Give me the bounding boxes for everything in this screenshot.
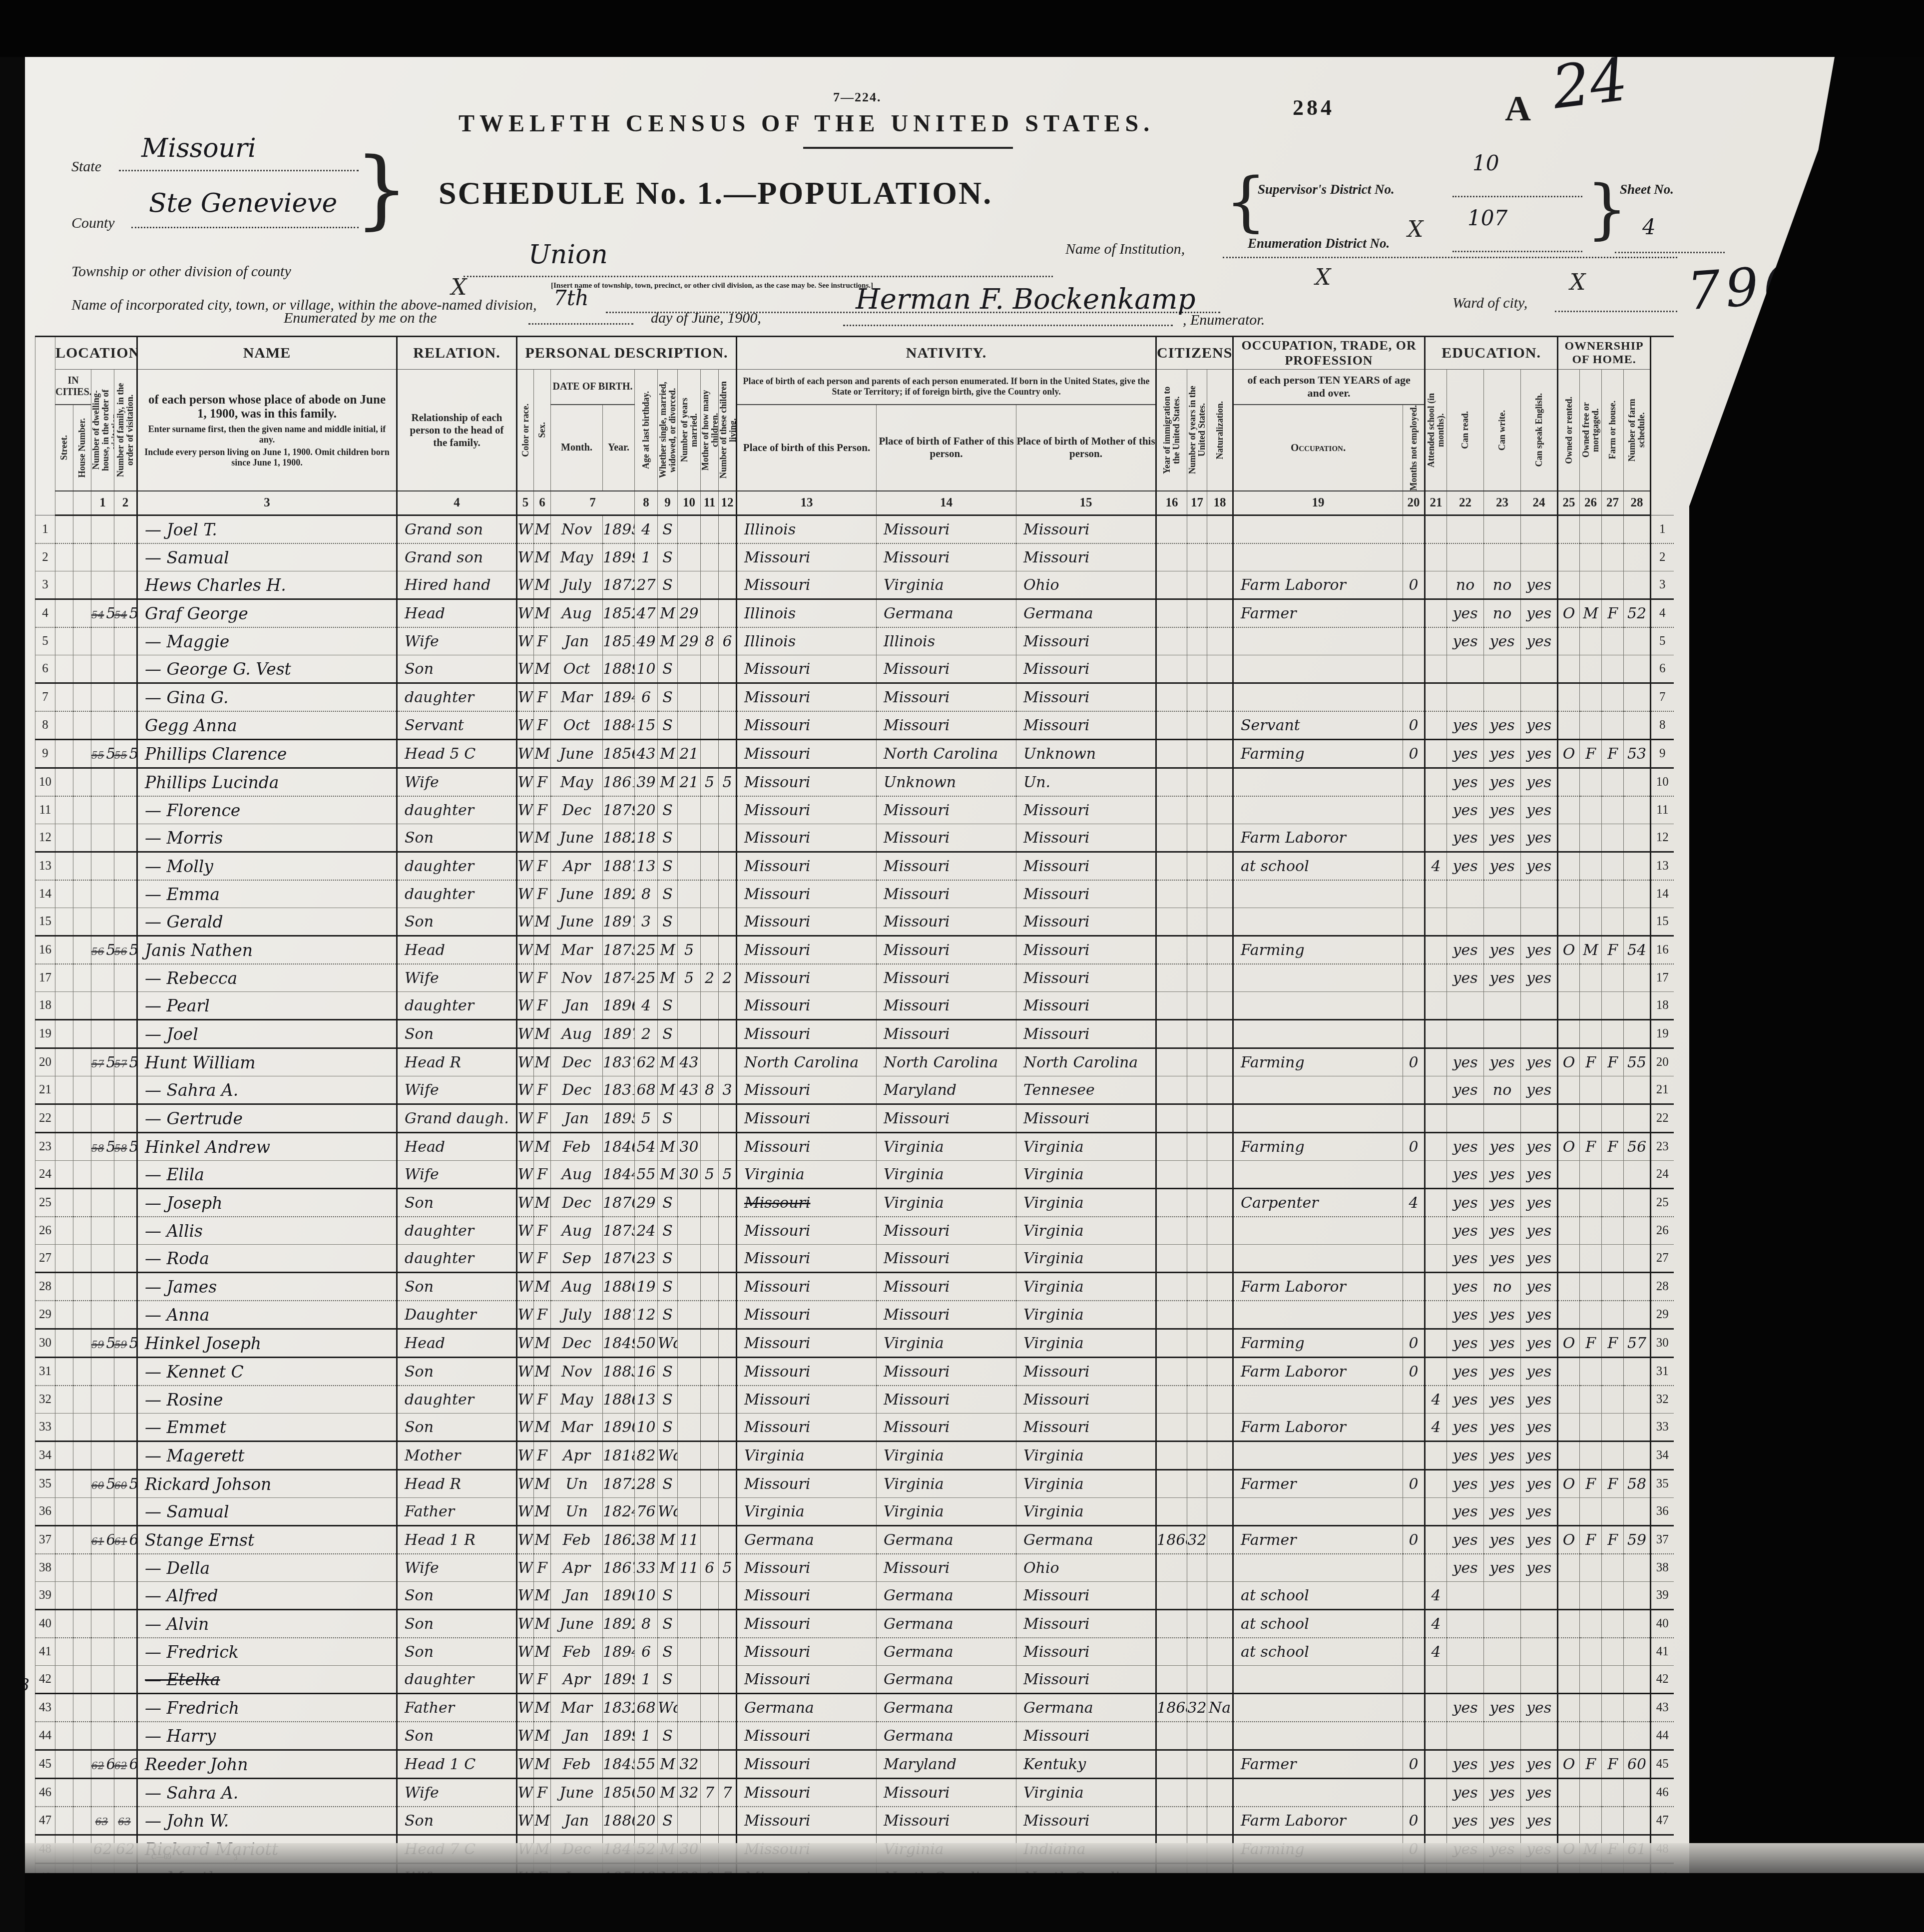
cell-naturalization [1207,1722,1233,1750]
cell-farm-schedule-number [1624,515,1651,544]
cell-birth-year: 1897 [603,908,635,936]
cell-months-not-employed: 0 [1403,711,1425,740]
cell-farm-schedule-number [1624,627,1651,655]
sub-naturalization: Naturalization. [1207,370,1233,491]
line-number-right: 36 [1651,1498,1674,1526]
cell-owned-rented [1558,1610,1580,1638]
cell-can-read [1447,1610,1484,1638]
cell-relation: Mother [397,1442,517,1470]
cell-can-speak-english: yes [1521,936,1558,965]
cell-farm-house [1602,1694,1624,1722]
cell-children-living [719,655,737,683]
cell-occupation: Farming [1233,936,1403,965]
cell-marital-status: S [658,1273,678,1301]
cell-birth-month: Aug [551,1161,603,1189]
cell-street [55,992,73,1020]
group-name: NAME [137,337,397,370]
cell-free-mortgaged [1580,1020,1602,1048]
cell-relation: Head 5 C [397,740,517,768]
cell-birth-year: 1872 [603,571,635,599]
cell-birth-year: 1895 [603,1104,635,1133]
cell-birthplace-mother: Missouri [1016,852,1156,881]
cell-name: — Rosine [137,1386,397,1414]
colnum-1: 1 [91,491,114,515]
cell-marital-status: M [658,1779,678,1807]
cell-birth-year: 1870 [603,1189,635,1217]
cell-birthplace-person: Germana [737,1694,877,1722]
cell-dwelling-number: 5958 [91,1329,114,1358]
cell-occupation: Farmer [1233,599,1403,628]
cell-marital-status: S [658,1807,678,1835]
cell-farm-schedule-number [1624,1386,1651,1414]
cell-can-write: no [1484,571,1521,599]
cell-name: — Della [137,1554,397,1582]
cell-farm-house [1602,1189,1624,1217]
cell-free-mortgaged [1580,1638,1602,1666]
colnum-16: 16 [1156,491,1187,515]
cell-relation: Head [397,599,517,628]
cell-street [55,711,73,740]
cell-birth-year: 1875 [603,1217,635,1245]
cell-farm-schedule-number [1624,1358,1651,1386]
cell-months-not-employed [1403,599,1425,628]
enumerator-name: Herman F. Bockenkamp [856,283,1195,316]
cell-street [55,1582,73,1610]
cell-attended-school [1425,1358,1447,1386]
cell-color-race: W [517,1470,534,1498]
cell-naturalization [1207,599,1233,628]
cell-can-speak-english: yes [1521,1779,1558,1807]
cell-mother-of-children [701,655,719,683]
cell-name: Hews Charles H. [137,571,397,599]
cell-attended-school [1425,1133,1447,1161]
street-label: Street. [59,435,69,460]
immigration-year-label: Year of immigration to the United States… [1162,380,1181,480]
cell-marital-status: Wd [658,1329,678,1358]
cell-immigration-year: 1868 [1156,1526,1187,1554]
cell-color-race: W [517,1750,534,1779]
cell-sex: M [534,1273,551,1301]
cell-age: 1 [635,1666,658,1694]
cell-can-read: yes [1447,1414,1484,1442]
cell-years-married [678,1301,701,1329]
sub-years-in-us: Number of years in the United States. [1187,370,1207,491]
cell-color-race: W [517,1638,534,1666]
cell-dwelling-number: 6160 [91,1526,114,1554]
state-county-brace: } [355,140,409,239]
sheet-no-value: 4 [1642,215,1656,239]
cell-family-number [114,1610,137,1638]
cell-mother-of-children [701,880,719,908]
cell-relation: Head R [397,1048,517,1076]
cell-birthplace-father: Missouri [877,1386,1016,1414]
cell-birth-year: 1876 [603,1245,635,1273]
cell-farm-schedule-number [1624,1414,1651,1442]
cell-can-speak-english: yes [1521,1554,1558,1582]
cell-years-married [678,1638,701,1666]
cell-months-not-employed [1403,936,1425,965]
cell-naturalization [1207,1245,1233,1273]
cell-farm-schedule-number [1624,1442,1651,1470]
cell-years-in-us [1187,992,1207,1020]
colnum-street-blank [55,491,73,515]
cell-owned-rented [1558,683,1580,712]
cell-dwelling-number [91,627,114,655]
form-number: 7—224. [833,90,882,105]
cell-can-read: yes [1447,1442,1484,1470]
census-row: 21 — Sahra A. Wife W F Dec 1831 68 M 43 … [35,1076,1674,1104]
cell-can-speak-english: yes [1521,740,1558,768]
cell-can-read: yes [1447,1048,1484,1076]
cell-years-in-us [1187,908,1207,936]
sheet-letter: A [1505,88,1531,129]
cell-age: 3 [635,908,658,936]
line-number-right: 33 [1651,1414,1674,1442]
cell-naturalization [1207,515,1233,544]
cell-dwelling-number: 6059 [91,1470,114,1498]
cell-years-in-us [1187,1722,1207,1750]
cell-color-race: W [517,852,534,881]
cell-age: 5 [635,1104,658,1133]
cell-dwelling-number: 5453 [91,599,114,628]
house-number-label: House Number. [77,418,87,478]
cell-street [55,1610,73,1638]
cell-months-not-employed [1403,880,1425,908]
line-number-right: 1 [1651,515,1674,544]
cell-children-living [719,1329,737,1358]
cell-house-number [73,1470,91,1498]
colnum-23: 23 [1484,491,1521,515]
cell-birth-month: Nov [551,964,603,992]
cell-street [55,1470,73,1498]
line-number-right: 39 [1651,1582,1674,1610]
group-education: EDUCATION. [1425,337,1558,370]
cell-house-number [73,627,91,655]
cell-can-speak-english: yes [1521,824,1558,852]
cell-years-in-us [1187,543,1207,571]
cell-sex: F [534,1161,551,1189]
cell-farm-house [1602,1582,1624,1610]
cell-relation: Head [397,936,517,965]
cell-birthplace-person: Missouri [737,1470,877,1498]
cell-sex: M [534,1610,551,1638]
cell-birth-month: Jan [551,1807,603,1835]
cell-relation: Wife [397,1161,517,1189]
cell-birth-year: 1883 [603,1358,635,1386]
cell-years-in-us [1187,1470,1207,1498]
cell-street [55,1414,73,1442]
cell-can-speak-english [1521,880,1558,908]
cell-relation: Hired hand [397,571,517,599]
cell-house-number [73,1807,91,1835]
cell-sex: M [534,1694,551,1722]
line-number-left: 8 [35,711,55,740]
line-number-right: 7 [1651,683,1674,712]
cell-attended-school: 4 [1425,1414,1447,1442]
cell-free-mortgaged [1580,824,1602,852]
cell-family-number [114,1638,137,1666]
cell-age: 10 [635,1414,658,1442]
cell-naturalization [1207,880,1233,908]
cell-farm-schedule-number [1624,1104,1651,1133]
cell-birth-year: 1880 [603,1807,635,1835]
cell-children-living [719,1358,737,1386]
cell-birth-year: 1844 [603,1161,635,1189]
cell-house-number [73,1329,91,1358]
sub-owned-rented: Owned or rented. [1558,370,1580,491]
cell-mother-of-children: 8 [701,1076,719,1104]
cell-birthplace-mother: Virginia [1016,1779,1156,1807]
census-row: 45 6261 6261 Reeder John Head 1 C W M Fe… [35,1750,1674,1779]
line-number-right: 41 [1651,1638,1674,1666]
cell-dwelling-number [91,1414,114,1442]
cell-months-not-employed: 0 [1403,1470,1425,1498]
census-row: 24 — Elila Wife W F Aug 1844 55 M 30 5 5… [35,1161,1674,1189]
cell-occupation [1233,1020,1403,1048]
name-note2: Include every person living on June 1, 1… [138,446,396,469]
cell-birthplace-mother: Missouri [1016,683,1156,712]
cell-birthplace-person: Missouri [737,1020,877,1048]
cell-dwelling-number [91,1610,114,1638]
cell-birth-month: Oct [551,711,603,740]
cell-birthplace-mother: Ohio [1016,1554,1156,1582]
cell-birthplace-person: Missouri [737,992,877,1020]
colnum-26: 26 [1580,491,1602,515]
cell-owned-rented: O [1558,1048,1580,1076]
cell-sex: F [534,1104,551,1133]
cell-dwelling-number [91,768,114,797]
census-row: 4 5453 5453 Graf George Head W M Aug 185… [35,599,1674,628]
institution-line [1223,257,1677,258]
cell-age: 24 [635,1217,658,1245]
cell-mother-of-children [701,1189,719,1217]
cell-free-mortgaged [1580,1189,1602,1217]
cell-color-race: W [517,1498,534,1526]
cell-house-number [73,1161,91,1189]
cell-free-mortgaged [1580,880,1602,908]
census-row: 42 — Etelka daughter W F Apr 1899 1 S Mi… [35,1666,1674,1694]
cell-attended-school [1425,543,1447,571]
cell-color-race: W [517,599,534,628]
cell-relation: Son [397,1273,517,1301]
cell-years-in-us [1187,1442,1207,1470]
cell-name: — George G. Vest [137,655,397,683]
cell-months-not-employed [1403,1414,1425,1442]
cell-age: 62 [635,1048,658,1076]
cell-family-number [114,964,137,992]
cell-sex: M [534,1358,551,1386]
colnum-8: 8 [635,491,658,515]
cell-can-read [1447,515,1484,544]
cell-naturalization [1207,768,1233,797]
cell-birth-year: 1882 [603,824,635,852]
cell-children-living [719,992,737,1020]
line-number-right: 38 [1651,1554,1674,1582]
line-number-left: 39 [35,1582,55,1610]
colnum-9: 9 [658,491,678,515]
cell-years-in-us [1187,1245,1207,1273]
cell-birthplace-person: Missouri [737,768,877,797]
scan-black-edge-top [0,0,1924,57]
cell-years-in-us [1187,1807,1207,1835]
cell-dwelling-number: 5554 [91,740,114,768]
cell-occupation [1233,768,1403,797]
cell-can-speak-english: yes [1521,571,1558,599]
line-number-right: 10 [1651,768,1674,797]
cell-age: 68 [635,1694,658,1722]
cell-family-number [114,1161,137,1189]
line-number-left: 40 [35,1610,55,1638]
cell-immigration-year [1156,1779,1187,1807]
cell-naturalization [1207,824,1233,852]
cell-farm-schedule-number [1624,796,1651,824]
cell-months-not-employed [1403,1386,1425,1414]
colnum-10: 10 [678,491,701,515]
cell-dwelling-number [91,852,114,881]
township-line [464,276,1053,277]
cell-farm-schedule-number [1624,1189,1651,1217]
years-in-us-label: Number of years in the United States. [1188,380,1207,480]
cell-sex: M [534,1722,551,1750]
cell-age: 20 [635,1807,658,1835]
cell-name: — Pearl [137,992,397,1020]
cell-years-in-us: 32 [1187,1694,1207,1722]
cell-relation: daughter [397,1217,517,1245]
cell-can-write: yes [1484,711,1521,740]
cell-birth-year: 1849 [603,1329,635,1358]
cell-free-mortgaged: F [1580,1329,1602,1358]
cell-house-number [73,1358,91,1386]
cell-occupation [1233,1442,1403,1470]
line-number-left: 35 [35,1470,55,1498]
cell-family-number: 5453 [114,599,137,628]
cell-naturalization [1207,908,1233,936]
cell-attended-school: 4 [1425,1610,1447,1638]
cell-relation: daughter [397,1386,517,1414]
line-number-left: 27 [35,1245,55,1273]
cell-occupation: Farmer [1233,1750,1403,1779]
sub-dwelling-label: Number of dwelling-house, in the order o… [91,380,114,480]
cell-years-in-us [1187,1020,1207,1048]
cell-birthplace-mother: Missouri [1016,908,1156,936]
cell-owned-rented [1558,627,1580,655]
cell-name: — Samual [137,543,397,571]
cell-farm-schedule-number [1624,1666,1651,1694]
cell-occupation: Farm Laboror [1233,1273,1403,1301]
cell-can-speak-english [1521,655,1558,683]
cell-family-number [114,1694,137,1722]
cell-birth-year: 1894 [603,683,635,712]
cell-can-read: yes [1447,1470,1484,1498]
cell-mother-of-children [701,599,719,628]
cell-name: — Samual [137,1498,397,1526]
cell-can-read: yes [1447,852,1484,881]
cell-name: Hinkel Andrew [137,1133,397,1161]
cell-marital-status: S [658,655,678,683]
cell-birthplace-person: Missouri [737,1133,877,1161]
cell-marital-status: M [658,1076,678,1104]
cell-attended-school [1425,824,1447,852]
cell-immigration-year [1156,1582,1187,1610]
cell-months-not-employed [1403,1554,1425,1582]
cell-street [55,1442,73,1470]
cell-name: — Sahra A. [137,1076,397,1104]
cell-birthplace-person: Missouri [737,852,877,881]
cell-naturalization: Na [1207,1694,1233,1722]
cell-farm-house: F [1602,1329,1624,1358]
cell-farm-schedule-number [1624,908,1651,936]
line-number-left: 26 [35,1217,55,1245]
cell-house-number [73,599,91,628]
cell-birthplace-father: Maryland [877,1076,1016,1104]
cell-birthplace-father: Virginia [877,1470,1016,1498]
cell-color-race: W [517,1301,534,1329]
cell-dwelling-number [91,880,114,908]
line-number-left: 28 [35,1273,55,1301]
cell-farm-house [1602,1638,1624,1666]
cell-months-not-employed [1403,1666,1425,1694]
cell-birth-year: 1880 [603,1273,635,1301]
line-number-left: 17 [35,964,55,992]
cell-color-race: W [517,908,534,936]
cell-children-living [719,936,737,965]
cell-birth-month: May [551,768,603,797]
cell-immigration-year [1156,1638,1187,1666]
cell-years-in-us [1187,1554,1207,1582]
cell-color-race: W [517,627,534,655]
cell-name: — Alvin [137,1610,397,1638]
cell-farm-schedule-number: 59 [1624,1526,1651,1554]
cell-can-speak-english: yes [1521,1076,1558,1104]
cell-birthplace-person: Missouri [737,1245,877,1273]
cell-occupation [1233,1554,1403,1582]
cell-children-living [719,1442,737,1470]
census-row: 35 6059 6059 Rickard Johson Head R W M U… [35,1470,1674,1498]
cell-relation: Son [397,1638,517,1666]
line-number-right: 12 [1651,824,1674,852]
cell-children-living [719,1020,737,1048]
census-row: 7 — Gina G. daughter W F Mar 1894 6 S Mi… [35,683,1674,712]
cell-birth-month: Dec [551,1076,603,1104]
cell-can-read [1447,908,1484,936]
cell-relation: Wife [397,1554,517,1582]
cell-birthplace-father: Missouri [877,824,1016,852]
cell-relation: Grand son [397,543,517,571]
cell-birth-month: Dec [551,1189,603,1217]
cell-free-mortgaged: M [1580,936,1602,965]
cell-sex: M [534,740,551,768]
cell-color-race: W [517,1189,534,1217]
cell-can-speak-english: yes [1521,1807,1558,1835]
nativity-note: Place of birth of each person and parent… [737,375,1155,398]
cell-can-speak-english: yes [1521,1161,1558,1189]
colnum-15: 15 [1016,491,1156,515]
cell-name: — Alfred [137,1582,397,1610]
cell-sex: M [534,1470,551,1498]
cell-free-mortgaged [1580,1610,1602,1638]
cell-mother-of-children [701,1301,719,1329]
cell-farm-schedule-number: 53 [1624,740,1651,768]
sub-sex: Sex. [534,370,551,491]
cell-attended-school [1425,1189,1447,1217]
cell-age: 82 [635,1442,658,1470]
cell-house-number [73,852,91,881]
cell-street [55,1666,73,1694]
cell-can-read: yes [1447,1526,1484,1554]
cell-birth-year: 1831 [603,1076,635,1104]
cell-color-race: W [517,655,534,683]
cell-name: — Joel T. [137,515,397,544]
